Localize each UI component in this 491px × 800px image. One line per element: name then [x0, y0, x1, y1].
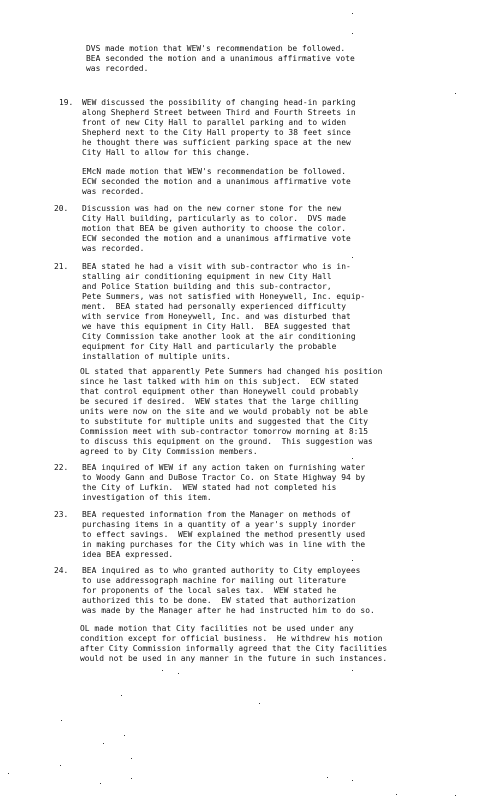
text-line: Discussion was had on the new corner sto…	[82, 204, 341, 214]
item-number: 19.	[59, 98, 73, 108]
text-line: we have this equipment in City Hall. BEA…	[82, 322, 351, 332]
text-line: ECW seconded the motion and a unanimous …	[82, 177, 351, 187]
item-number: 23.	[54, 510, 68, 520]
item-number: 22.	[54, 463, 68, 473]
scan-speck	[327, 777, 328, 778]
text-line: that control equipment other than Honeyw…	[80, 387, 358, 397]
scan-speck	[455, 93, 456, 94]
text-line: to effect savings. WEW explained the met…	[82, 530, 365, 540]
text-line: Commission meet with sub-contractor tomo…	[80, 427, 368, 437]
text-line: BEA seconded the motion and a unanimous …	[86, 54, 355, 64]
scan-speck	[455, 795, 456, 796]
item-number: 21.	[54, 262, 68, 272]
text-line: to substitute for multiple units and sug…	[80, 417, 368, 427]
scan-speck	[352, 13, 353, 14]
item-number: 24.	[54, 566, 68, 576]
text-line: for proponents of the local sales tax. W…	[82, 586, 336, 596]
text-line: to Woody Gann and DuBose Tractor Co. on …	[82, 473, 365, 483]
text-line: motion that BEA be given authority to ch…	[82, 224, 346, 234]
text-line: WEW discussed the possibility of changin…	[82, 98, 356, 108]
scan-speck	[60, 765, 61, 766]
text-line: after City Commission informally agreed …	[80, 644, 387, 654]
scan-speck	[61, 720, 62, 721]
scan-speck	[259, 703, 260, 704]
text-line: ment. BEA stated had personally experien…	[82, 302, 346, 312]
scan-speck	[352, 33, 353, 34]
text-line: DVS made motion that WEW's recommendatio…	[86, 44, 345, 54]
text-line: BEA requested information from the Manag…	[82, 510, 351, 520]
text-line: he thought there was sufficient parking …	[82, 138, 351, 148]
text-line: since he last talked with him on this su…	[80, 377, 358, 387]
text-line: the City of Lufkin. WEW stated had not c…	[82, 483, 336, 493]
text-line: BEA stated he had a visit with sub-contr…	[82, 262, 351, 272]
text-line: front of new City Hall to parallel parki…	[82, 118, 346, 128]
scan-speck	[103, 743, 104, 744]
text-line: OL made motion that City facilities not …	[80, 624, 354, 634]
item-number: 20.	[54, 204, 68, 214]
text-line: authorized this to be done. EW stated th…	[82, 596, 356, 606]
scan-speck	[100, 783, 101, 784]
text-line: to discuss this equipment on the ground.…	[80, 437, 373, 447]
text-line: to use addressograph machine for mailing…	[82, 576, 346, 586]
scan-speck	[352, 458, 353, 459]
text-line: City Hall building, particularly as to c…	[82, 214, 346, 224]
text-line: City Commission take another look at the…	[82, 332, 356, 342]
scan-speck	[396, 794, 397, 795]
scan-speck	[352, 560, 353, 561]
text-line: was recorded.	[82, 244, 144, 254]
text-line: was recorded.	[86, 64, 148, 74]
text-line: in making purchases for the City which w…	[82, 540, 365, 550]
scan-speck	[352, 780, 353, 781]
scan-speck	[131, 758, 132, 759]
text-line: BEA inquired of WEW if any action taken …	[82, 463, 365, 473]
text-line: investigation of this item.	[82, 493, 212, 503]
scan-speck	[178, 673, 179, 674]
text-line: would not be used in any manner in the f…	[80, 654, 387, 664]
text-line: with service from Honeywell, Inc. and wa…	[82, 312, 351, 322]
scan-speck	[162, 670, 163, 671]
scan-speck	[352, 670, 353, 671]
text-line: be secured if desired. WEW states that t…	[80, 397, 358, 407]
scan-speck	[8, 773, 9, 774]
text-line: BEA inquired as to who granted authority…	[82, 566, 360, 576]
scan-speck	[352, 257, 353, 258]
text-line: condition except for official business. …	[80, 634, 382, 644]
scan-speck	[121, 695, 122, 696]
text-line: units were now on the site and we would …	[80, 407, 368, 417]
text-line: and Police Station building and this sub…	[82, 282, 332, 292]
text-line: ECW seconded the motion and a unanimous …	[82, 234, 351, 244]
text-line: Pete Summers, was not satisfied with Hon…	[82, 292, 365, 302]
text-line: equipment for City Hall and particularly…	[82, 342, 336, 352]
text-line: OL stated that apparently Pete Summers h…	[80, 367, 382, 377]
text-line: purchasing items in a quantity of a year…	[82, 520, 356, 530]
text-line: idea BEA expressed.	[82, 550, 173, 560]
text-line: was recorded.	[82, 187, 144, 197]
document-page: DVS made motion that WEW's recommendatio…	[0, 0, 491, 800]
scan-speck	[131, 778, 132, 779]
text-line: Shepherd next to the City Hall property …	[82, 128, 351, 138]
text-line: EMcN made motion that WEW's recommendati…	[82, 167, 346, 177]
text-line: was made by the Manager after he had ins…	[82, 606, 375, 616]
text-line: City Hall to allow for this change.	[82, 148, 250, 158]
text-line: along Shepherd Street between Third and …	[82, 108, 356, 118]
scan-speck	[124, 735, 125, 736]
text-line: stalling air conditioning equipment in n…	[82, 272, 332, 282]
text-line: installation of multiple units.	[82, 352, 231, 362]
text-line: agreed to by City Commission members.	[80, 447, 258, 457]
